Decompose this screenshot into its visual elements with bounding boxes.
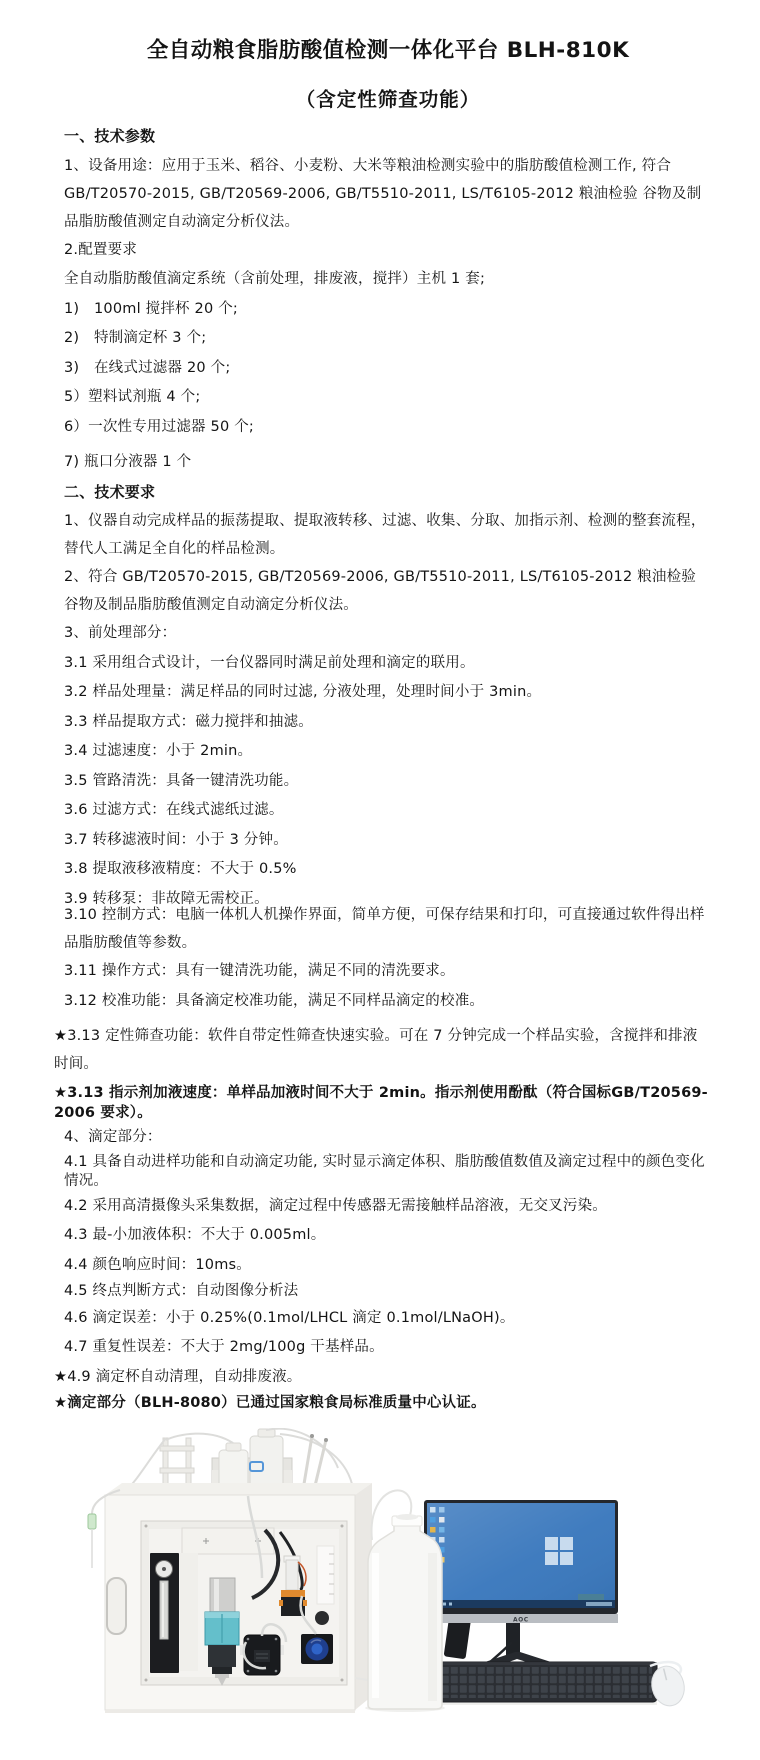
paragraph: ★滴定部分（BLH-8080）已通过国家粮食局标准质量中心认证。 [54,1389,712,1419]
paragraph: 6）一次性专用过滤器 50 个; [64,413,712,443]
document-page: 全自动粮食脂肪酸值检测一体化平台 BLH-810K （含定性筛查功能） 一、技术… [0,36,760,1419]
paragraph: 4.7 重复性误差：不大于 2mg/100g 干基样品。 [64,1333,712,1363]
paragraph: 3.7 转移滤液时间：小于 3 分钟。 [64,826,712,856]
paragraph: 3、前处理部分： [64,619,712,649]
paragraph: 4.2 采用高清摄像头采集数据，滴定过程中传感器无需接触样品溶液，无交叉污染。 [64,1192,712,1222]
flow-meter [150,1553,179,1673]
paragraph: 二、技术要求 [64,478,712,508]
paragraph: 3.12 校准功能：具备滴定校准功能，满足不同样品滴定的校准。 [64,987,712,1017]
equipment-photo: AOC [0,1428,760,1760]
monitor-brand-logo: AOC [513,1617,529,1624]
monitor: AOC [424,1500,618,1682]
document-body: 一、技术参数1、设备用途：应用于玉米、稻谷、小麦粉、大米等粮油检测实验中的脂肪酸… [64,122,712,1419]
tube-fitting [88,1514,96,1529]
paragraph: 3.5 管路清洗：具备一键清洗功能。 [64,767,712,797]
paragraph: 4、滴定部分： [64,1123,712,1153]
door-handle [107,1578,126,1634]
paragraph: 4.4 颜色响应时间：10ms。 [64,1251,712,1281]
reagent-stand [160,1438,194,1488]
paragraph: 1、设备用途：应用于玉米、稻谷、小麦粉、大米等粮油检测实验中的脂肪酸值检测工作,… [64,152,712,236]
page-title: 全自动粮食脂肪酸值检测一体化平台 BLH-810K [64,36,712,66]
drain-pump [301,1634,333,1664]
paragraph: 3) 在线式过滤器 20 个; [64,354,712,384]
paragraph: 5）塑料试剂瓶 4 个; [64,383,712,413]
paragraph: 3.6 过滤方式：在线式滤纸过滤。 [64,796,712,826]
paragraph: 3.10 控制方式：电脑一体机人机操作界面，简单方便，可保存结果和打印，可直接通… [64,901,712,957]
paragraph: 7) 瓶口分液器 1 个 [64,448,712,478]
paragraph: 4.6 滴定误差：小于 0.25%(0.1mol/LHCL 滴定 0.1mol/… [64,1304,712,1334]
paragraph: 一、技术参数 [64,122,712,152]
paragraph: 2) 特制滴定杯 3 个; [64,324,712,354]
paragraph: 4.5 终点判断方式：自动图像分析法 [64,1277,712,1307]
paragraph: ★3.13 指示剂加液速度：单样品加液时间不大于 2min。指示剂使用酚酞（符合… [54,1084,712,1123]
taskbar [427,1600,615,1608]
paragraph: 3.8 提取液移液精度：不大于 0.5% [64,855,712,885]
paragraph: 3.4 过滤速度：小于 2min。 [64,737,712,767]
paragraph: 3.11 操作方式：具有一键清洗功能，满足不同的清洗要求。 [64,957,712,987]
graduated-tube [317,1546,334,1604]
equipment-photo-svg: AOC [0,1428,760,1760]
paragraph: 4.1 具备自动进样功能和自动滴定功能, 实时显示滴定体积、脂肪酸值数值及滴定过… [64,1153,712,1192]
paragraph: 3.2 样品处理量：满足样品的同时过滤, 分液处理，处理时间小于 3min。 [64,678,712,708]
drain-port [315,1611,329,1625]
paragraph: 3.3 样品提取方式：磁力搅拌和抽滤。 [64,708,712,738]
paragraph: 2.配置要求 [64,236,712,266]
page-subtitle: （含定性筛查功能） [64,86,712,114]
paragraph: 4.3 最-小加液体积：不大于 0.005ml。 [64,1221,712,1251]
paragraph: 1) 100ml 搅拌杯 20 个; [64,295,712,325]
paragraph: 1、仪器自动完成样品的振荡提取、提取液转移、过滤、收集、分取、加指示剂、检测的整… [64,507,712,563]
paragraph: 全自动脂肪酸值滴定系统（含前处理，排废液，搅拌）主机 1 套; [64,265,712,295]
paragraph: ★4.9 滴定杯自动清理，自动排废液。 [54,1363,712,1393]
system-tray [586,1602,612,1606]
paragraph: 3.1 采用组合式设计，一台仪器同时满足前处理和滴定的联用。 [64,649,712,679]
paragraph: 2、符合 GB/T20570-2015, GB/T20569-2006, GB/… [64,563,712,619]
paragraph: ★3.13 定性筛查功能：软件自带定性筛查快速实验。可在 7 分钟完成一个样品实… [54,1022,712,1078]
